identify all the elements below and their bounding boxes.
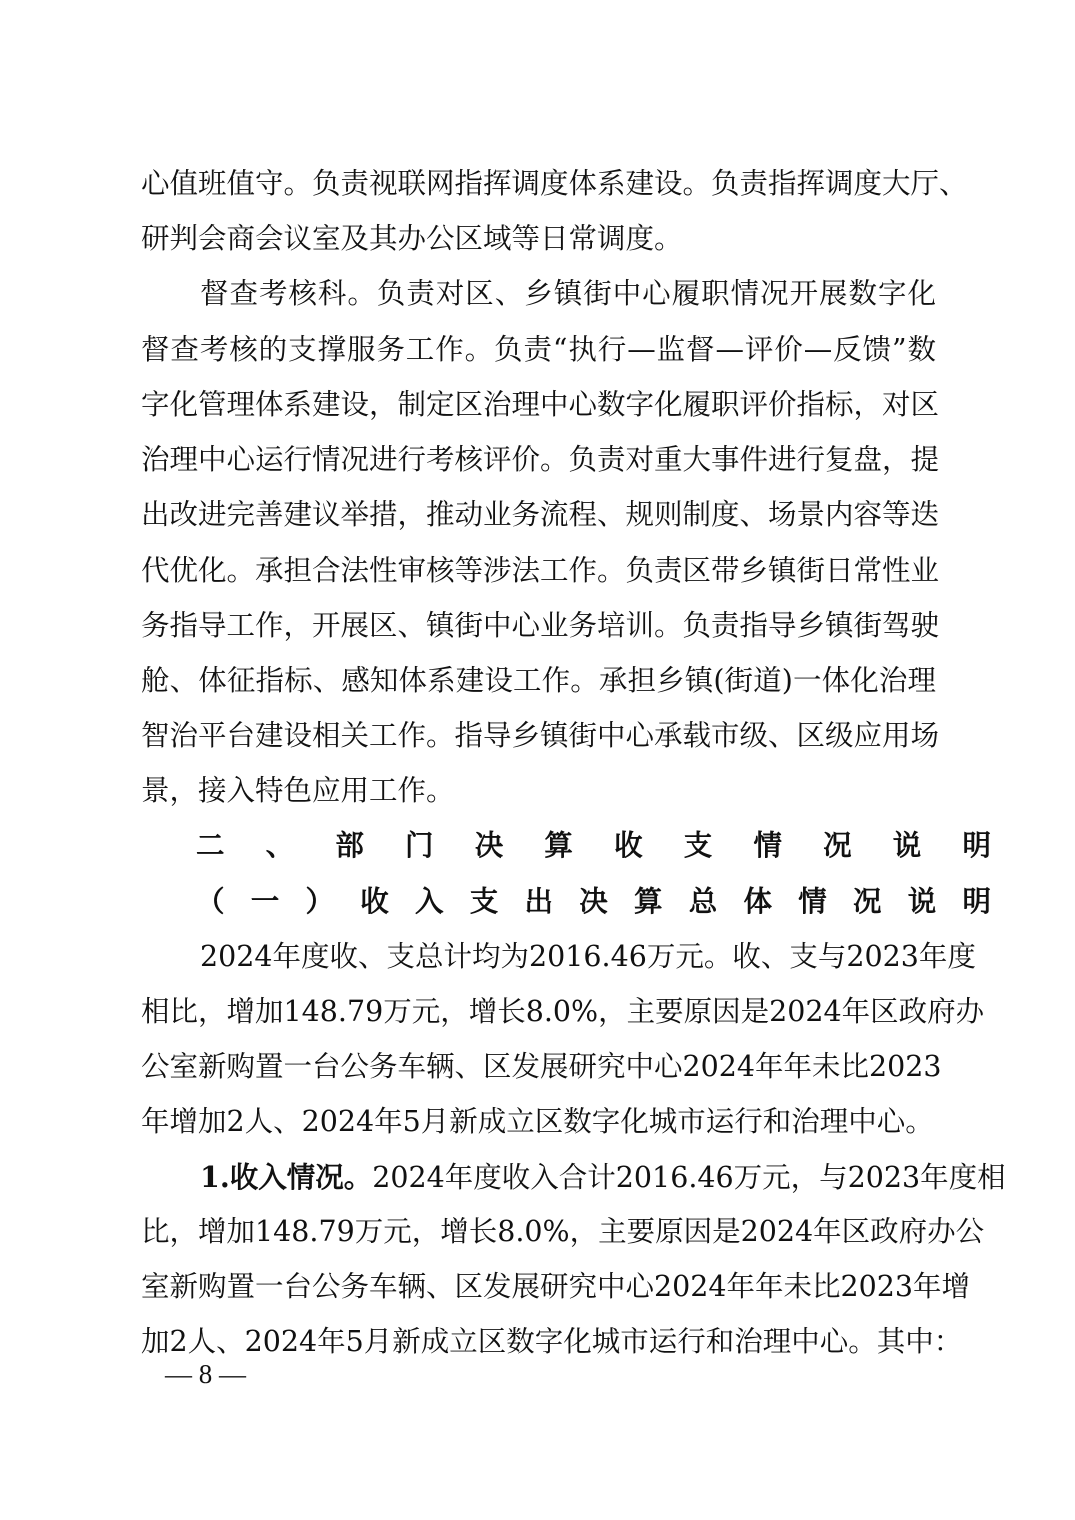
- text-line: 景，接入特色应用工作。: [141, 771, 936, 811]
- sub-heading: （一）收入支出决算总体情况说明: [196, 881, 991, 921]
- page-number: — 8 —: [165, 1357, 246, 1391]
- income-label: 1.收入情况。: [200, 1160, 372, 1194]
- document-page: 心值班值守。负责视联网指挥调度体系建设。负责指挥调度大厅、研判会商会议室及其办公…: [0, 0, 1075, 1520]
- text-line: 比，增加148.79万元，增长8.0%，主要原因是2024年区政府办公: [141, 1212, 936, 1252]
- text-line: 出改进完善建议举措，推动业务流程、规则制度、场景内容等迭: [141, 495, 936, 535]
- text-line: 字化管理体系建设，制定区治理中心数字化履职评价指标，对区: [141, 385, 936, 425]
- text-line: 治理中心运行情况进行考核评价。负责对重大事件进行复盘，提: [141, 440, 936, 480]
- text-line: 室新购置一台公务车辆、区发展研究中心2024年年未比2023年增: [141, 1267, 936, 1307]
- section-heading: 二、部门决算收支情况说明: [196, 826, 991, 866]
- text-line: 研判会商会议室及其办公区域等日常调度。: [141, 219, 936, 259]
- text-line: 务指导工作，开展区、镇街中心业务培训。负责指导乡镇街驾驶: [141, 606, 936, 646]
- income-first-text: 2024年度收入合计2016.46万元，与2023年度相: [372, 1161, 1005, 1194]
- text-line: 代优化。承担合法性审核等涉法工作。负责区带乡镇街日常性业: [141, 551, 936, 591]
- text-line: 相比，增加148.79万元，增长8.0%，主要原因是2024年区政府办: [141, 992, 936, 1032]
- text-line: 智治平台建设相关工作。指导乡镇街中心承载市级、区级应用场: [141, 716, 936, 756]
- text-line: 舱、体征指标、感知体系建设工作。承担乡镇(街道)一体化治理: [141, 661, 936, 701]
- income-paragraph-first-line: 1.收入情况。2024年度收入合计2016.46万元，与2023年度相: [200, 1157, 936, 1198]
- text-line: 督查考核的支撑服务工作。负责“执行—监督—评价—反馈”数: [141, 330, 936, 370]
- text-line: 心值班值守。负责视联网指挥调度体系建设。负责指挥调度大厅、: [141, 164, 936, 204]
- text-line: 督查考核科。负责对区、乡镇街中心履职情况开展数字化: [200, 274, 936, 314]
- text-line: 加2人、2024年5月新成立区数字化城市运行和治理中心。其中：: [141, 1322, 936, 1362]
- text-line: 公室新购置一台公务车辆、区发展研究中心2024年年未比2023: [141, 1047, 936, 1087]
- text-line: 年增加2人、2024年5月新成立区数字化城市运行和治理中心。: [141, 1102, 936, 1142]
- text-line: 2024年度收、支总计均为2016.46万元。收、支与2023年度: [200, 937, 936, 977]
